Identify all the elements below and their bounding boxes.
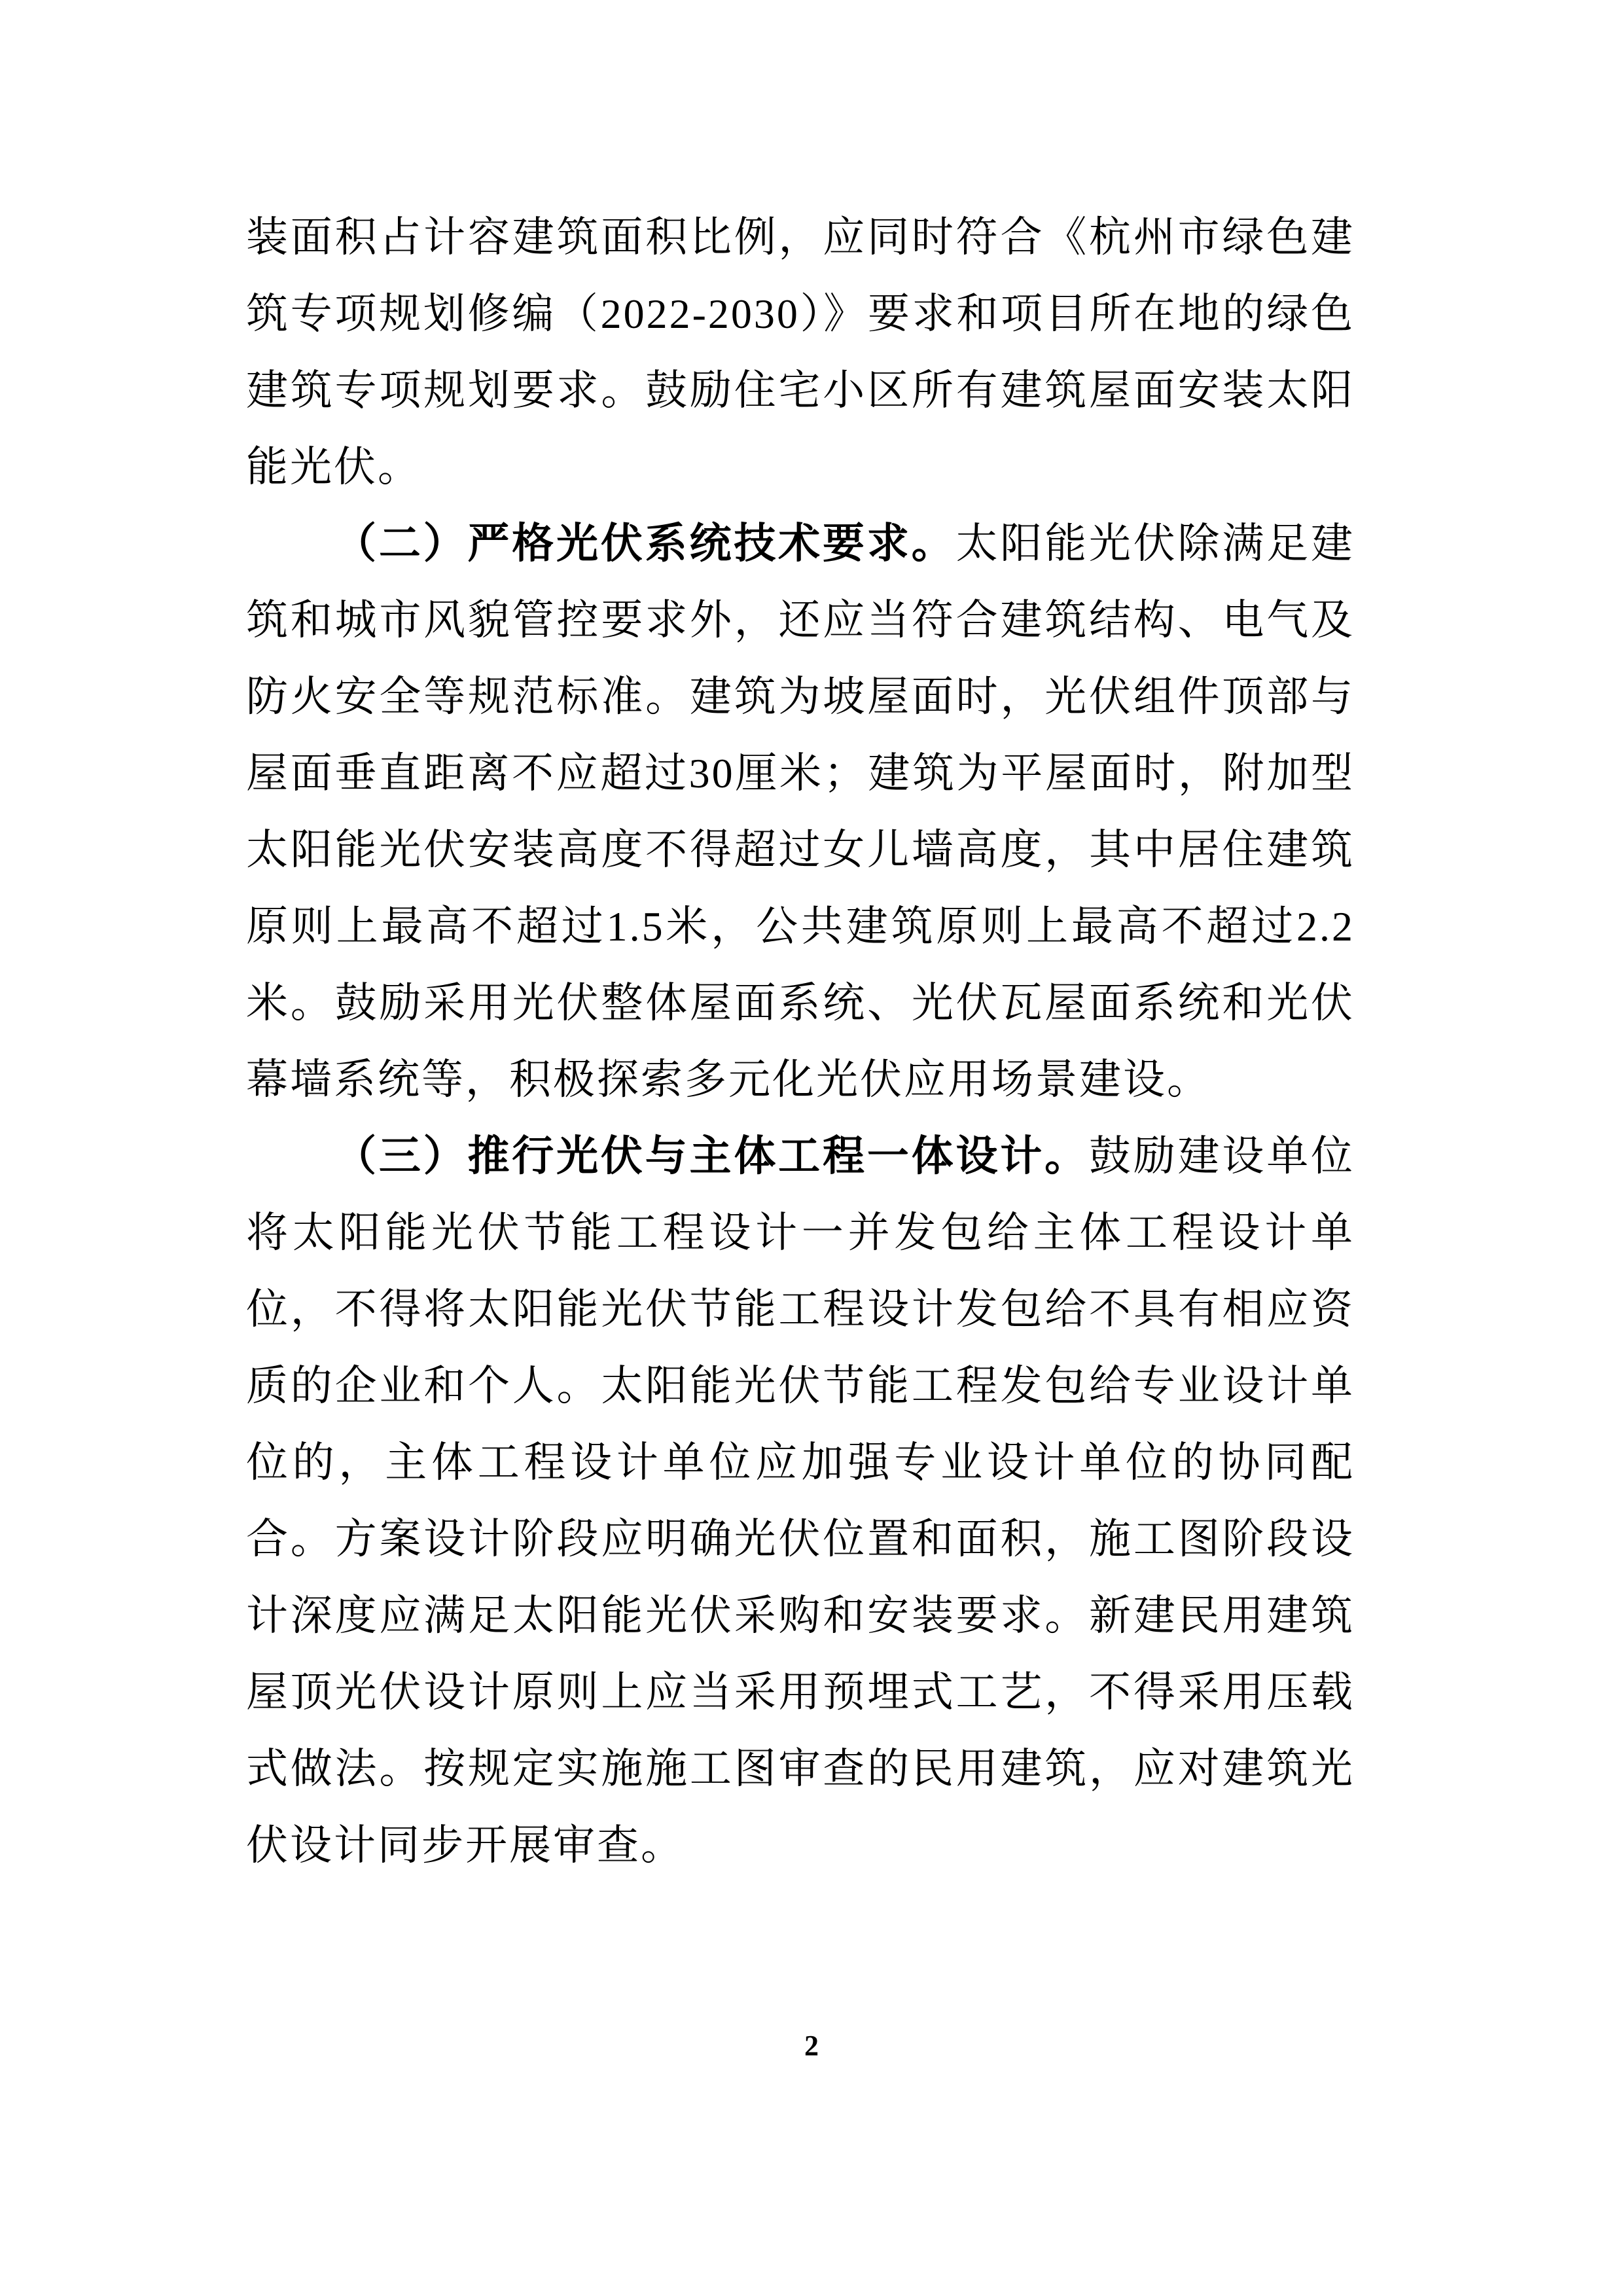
text-line: 屋顶光伏设计原则上应当采用预埋式工艺，不得采用压载 [246,1654,1355,1731]
text-line: 式做法。按规定实施施工图审查的民用建筑，应对建筑光 [246,1731,1355,1807]
text-line: 装面积占计容建筑面积比例，应同时符合《杭州市绿色建 [246,199,1355,276]
text-line: （三）推行光伏与主体工程一体设计。鼓励建设单位 [246,1118,1355,1194]
text-line: 计深度应满足太阳能光伏采购和安装要求。新建民用建筑 [246,1577,1355,1654]
text-run: 屋面垂直距离不应超过30厘米；建筑为平屋面时，附加型 [246,750,1355,797]
text-run: 原则上最高不超过1.5米，公共建筑原则上最高不超过2.2 [246,903,1355,950]
text-run: 伏设计同步开展审查。 [246,1822,685,1869]
text-line: 建筑专项规划要求。鼓励住宅小区所有建筑屋面安装太阳 [246,352,1355,429]
text-line: （二）严格光伏系统技术要求。太阳能光伏除满足建 [246,505,1355,582]
text-line: 幕墙系统等，积极探索多元化光伏应用场景建设。 [246,1041,1355,1118]
text-run: 式做法。按规定实施施工图审查的民用建筑，应对建筑光 [246,1746,1355,1792]
text-run: 合。方案设计阶段应明确光伏位置和面积，施工图阶段设 [246,1516,1355,1562]
text-run: 位，不得将太阳能光伏节能工程设计发包给不具有相应资 [246,1286,1355,1333]
text-line: 合。方案设计阶段应明确光伏位置和面积，施工图阶段设 [246,1501,1355,1577]
text-line: 质的企业和个人。太阳能光伏节能工程发包给专业设计单 [246,1348,1355,1424]
text-run: 位的，主体工程设计单位应加强专业设计单位的协同配 [246,1439,1355,1486]
text-line: 原则上最高不超过1.5米，公共建筑原则上最高不超过2.2 [246,888,1355,965]
bold-heading-run: （二）严格光伏系统技术要求。 [334,520,955,567]
text-run: 米。鼓励采用光伏整体屋面系统、光伏瓦屋面系统和光伏 [246,980,1355,1026]
text-run: 装面积占计容建筑面积比例，应同时符合《杭州市绿色建 [246,214,1355,260]
text-run: 能光伏。 [246,444,421,490]
text-run: 计深度应满足太阳能光伏采购和安装要求。新建民用建筑 [246,1592,1355,1639]
document-page: 装面积占计容建筑面积比例，应同时符合《杭州市绿色建筑专项规划修编（2022-20… [0,0,1623,2296]
text-run: 幕墙系统等，积极探索多元化光伏应用场景建设。 [246,1056,1211,1103]
text-line: 太阳能光伏安装高度不得超过女儿墙高度，其中居住建筑 [246,812,1355,888]
text-run: 将太阳能光伏节能工程设计一并发包给主体工程设计单 [246,1210,1355,1256]
text-run: 屋顶光伏设计原则上应当采用预埋式工艺，不得采用压载 [246,1669,1355,1715]
text-line: 位，不得将太阳能光伏节能工程设计发包给不具有相应资 [246,1271,1355,1348]
text-run: 防火安全等规范标准。建筑为坡屋面时，光伏组件顶部与 [246,673,1355,720]
text-line: 将太阳能光伏节能工程设计一并发包给主体工程设计单 [246,1194,1355,1271]
text-line: 筑专项规划修编（2022-2030）》要求和项目所在地的绿色 [246,276,1355,352]
text-line: 屋面垂直距离不应超过30厘米；建筑为平屋面时，附加型 [246,735,1355,812]
text-line: 防火安全等规范标准。建筑为坡屋面时，光伏组件顶部与 [246,658,1355,735]
text-line: 筑和城市风貌管控要求外，还应当符合建筑结构、电气及 [246,582,1355,658]
text-run: 质的企业和个人。太阳能光伏节能工程发包给专业设计单 [246,1363,1355,1409]
text-run: 筑和城市风貌管控要求外，还应当符合建筑结构、电气及 [246,597,1355,643]
text-line: 能光伏。 [246,429,1355,505]
page-number: 2 [0,2029,1623,2062]
text-run: 鼓励建设单位 [1089,1133,1355,1179]
text-run: 太阳能光伏安装高度不得超过女儿墙高度，其中居住建筑 [246,827,1355,873]
bold-heading-run: （三）推行光伏与主体工程一体设计。 [334,1132,1089,1179]
text-run: 建筑专项规划要求。鼓励住宅小区所有建筑屋面安装太阳 [246,367,1355,414]
text-run: 太阳能光伏除满足建 [955,520,1355,567]
text-run: 筑专项规划修编（2022-2030）》要求和项目所在地的绿色 [246,291,1355,337]
document-body: 装面积占计容建筑面积比例，应同时符合《杭州市绿色建筑专项规划修编（2022-20… [246,199,1355,1884]
text-line: 伏设计同步开展审查。 [246,1807,1355,1884]
text-line: 位的，主体工程设计单位应加强专业设计单位的协同配 [246,1424,1355,1501]
text-line: 米。鼓励采用光伏整体屋面系统、光伏瓦屋面系统和光伏 [246,965,1355,1041]
